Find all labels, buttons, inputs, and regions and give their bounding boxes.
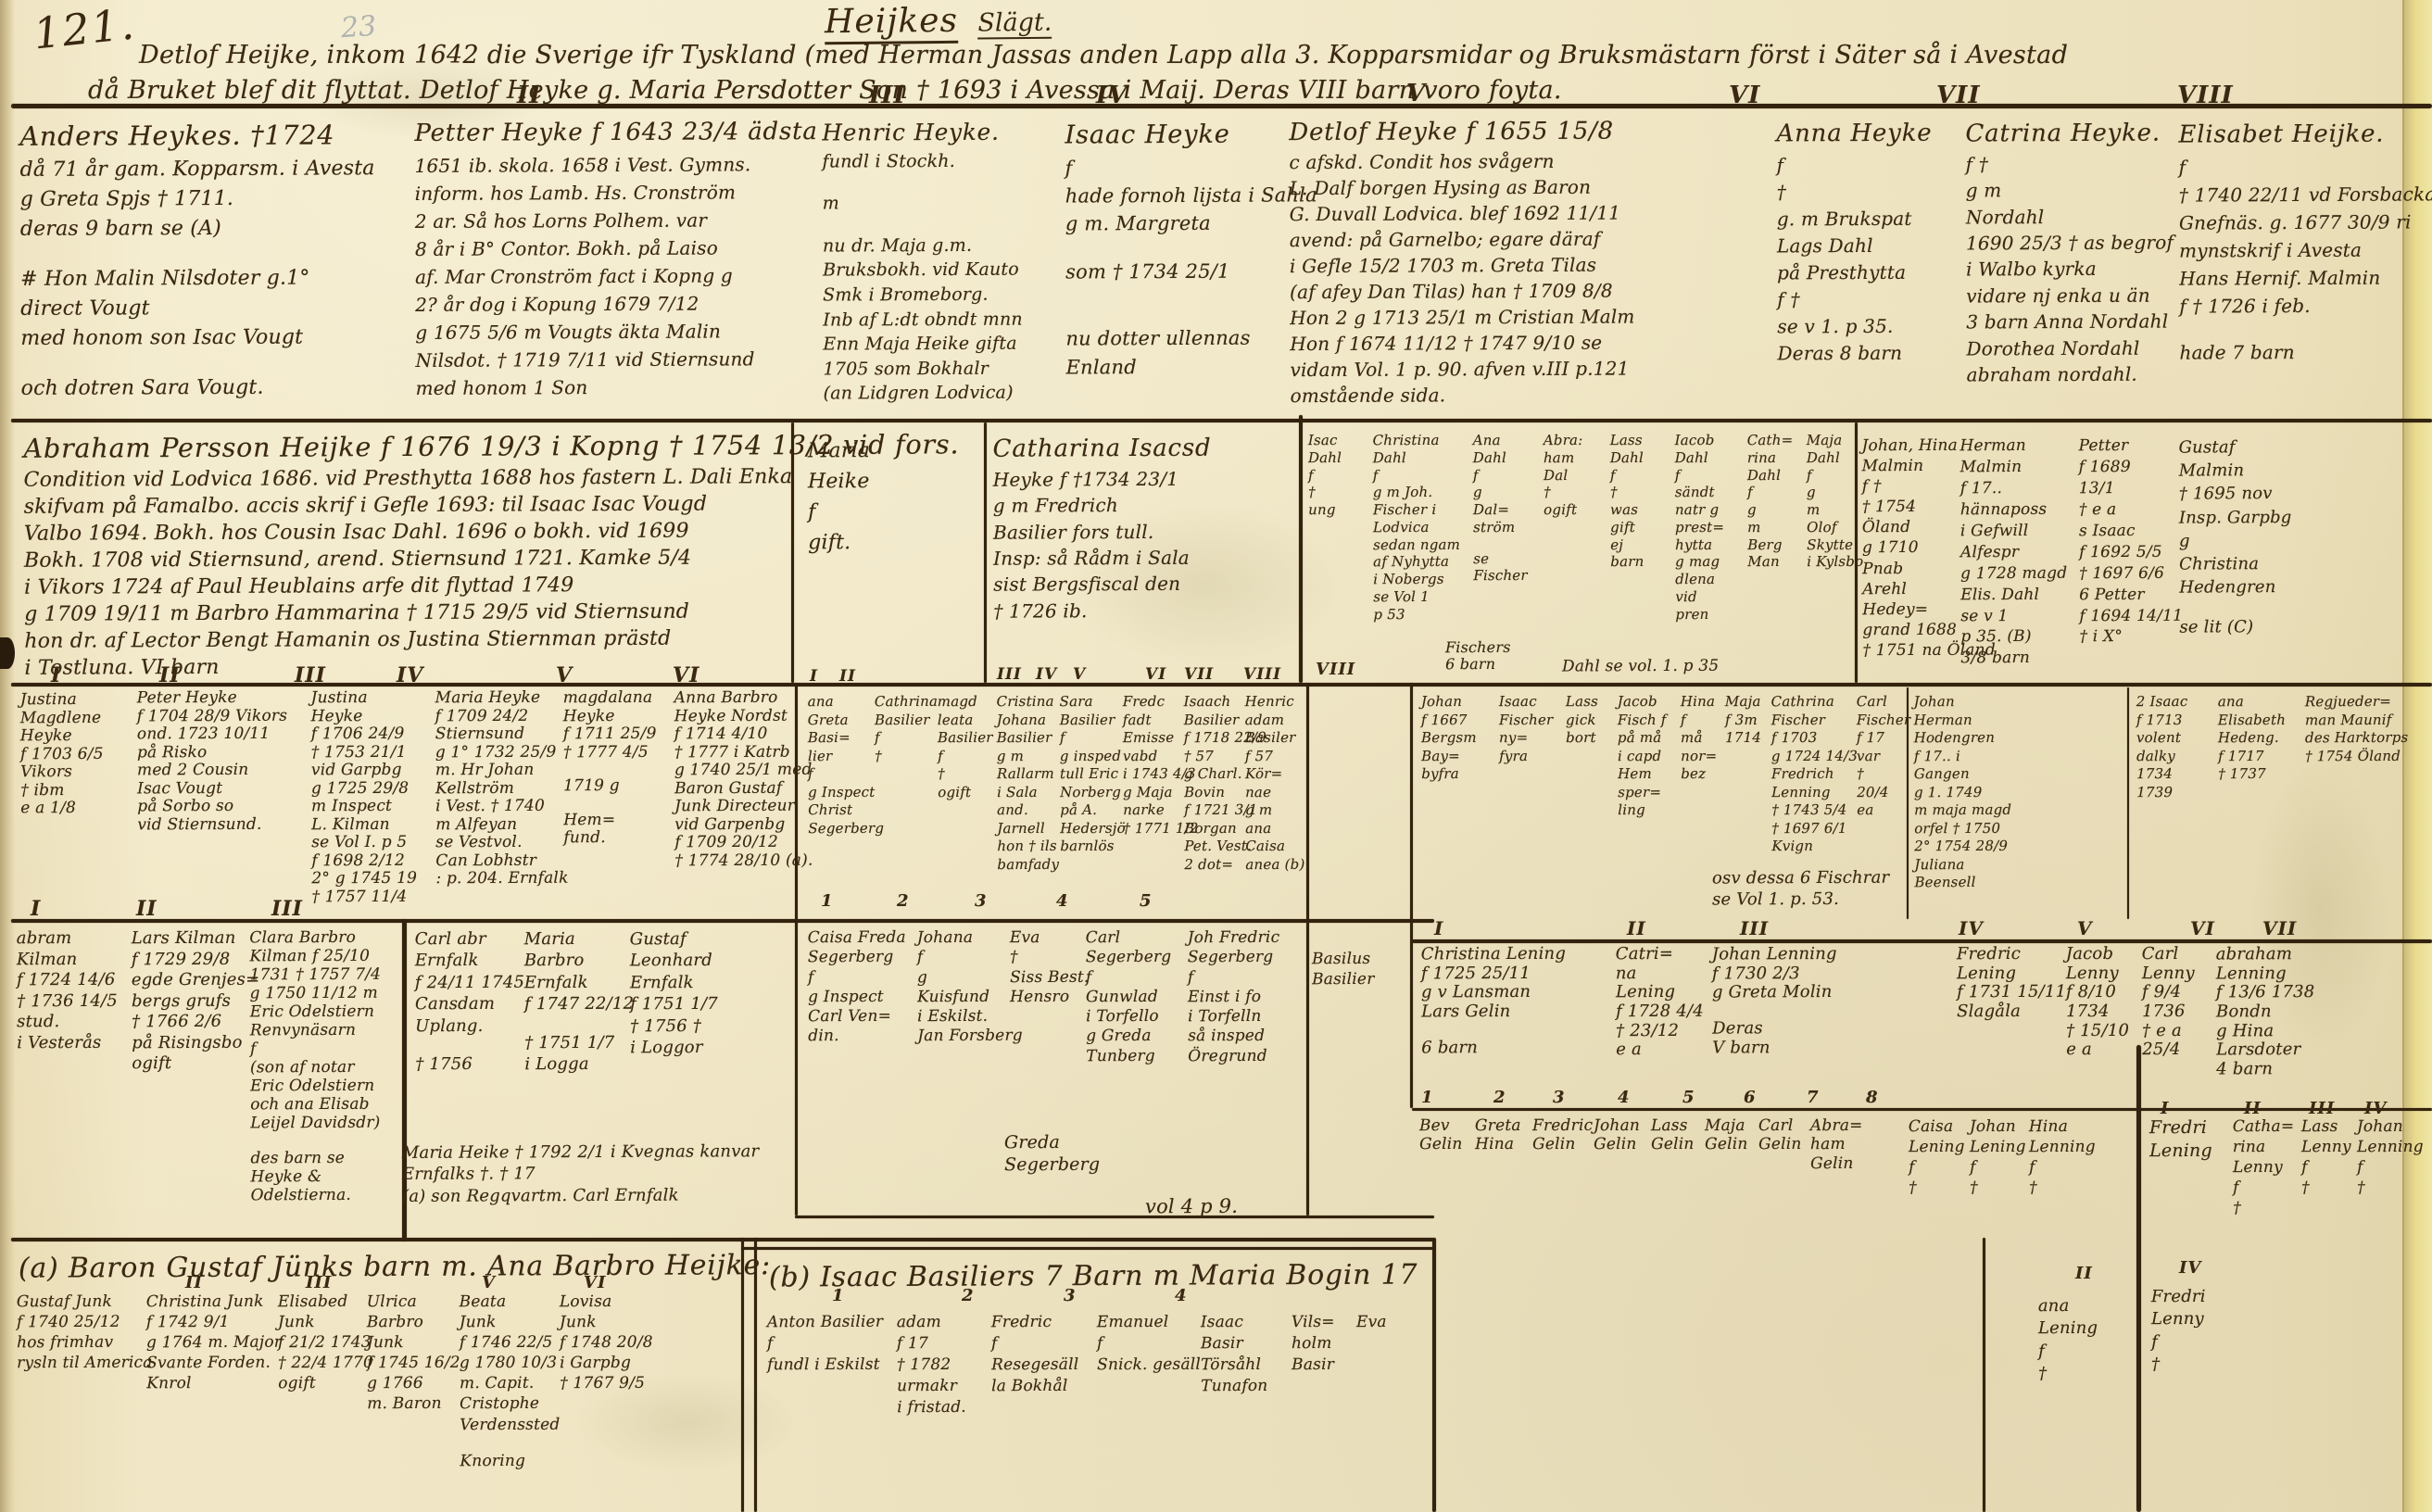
numeral-basilier-v: V (1073, 665, 1086, 684)
note-maria-heike-ernfalk: Maria Heike † 1792 2/1 i Kvegnas kanvarE… (402, 1140, 791, 1207)
cell-anna-barbro-heyke: Anna BarbroHeyke Nordstf 1714 4/10† 1777… (674, 689, 798, 871)
note-fischers-barn: Fischers6 barn (1445, 639, 1529, 673)
header-block-a: (a) Baron Gustaf Jünks barn m. Ana Barbr… (19, 1249, 750, 1285)
numeral-gelin-1: 1 (1421, 1088, 1434, 1107)
numeral-segerberg-5: 5 (1140, 891, 1153, 911)
cell-maja-dahl: MajaDahlfgmOlofSkyttei Kylsbo (1807, 432, 1869, 571)
numeral-lening2-ii: II (2244, 1099, 2262, 1118)
numeral-junk-ii: II (185, 1273, 203, 1292)
cell-isaac-basir: IsaacBasirTörsåhlTunafon (1201, 1312, 1286, 1397)
intro-line-1: Detlof Heijke, inkom 1642 die Sverige if… (139, 41, 2068, 69)
hand-drawn-rule (1432, 1238, 1436, 1512)
cell-elisabet-heyke: Elisabet Heijke.f† 1740 22/11 vd Forsbac… (2178, 116, 2427, 366)
numeral-gelin-2: 2 (1493, 1088, 1506, 1107)
cell-cathrina-fischer: CathrinaFischerf 1703g 1724 14/3Fredrich… (1771, 693, 1852, 856)
cell-ana-dahl: AnaDahlfgDal=strömseFischer (1473, 432, 1541, 585)
cell-greta-hina-gelin: GretaHina (1475, 1116, 1529, 1154)
numeral-gen1-vi: VI (1729, 82, 1760, 109)
cell-fredri-lening: FredriLening (2149, 1116, 2227, 1163)
numeral-gen1-iv: IV (1096, 82, 1128, 109)
family-name-title: Heijkes (825, 2, 958, 45)
numeral-basilier-vi: VI (1145, 665, 1166, 684)
header-block-b: (b) Isaac Basiliers 7 Barn m Maria Bogin… (769, 1258, 1418, 1294)
hand-drawn-rule (2127, 687, 2129, 919)
cell-lass-dahl: LassDahlf†wasgiftejbarn (1610, 432, 1672, 571)
numeral-junk-vi: VI (584, 1273, 606, 1292)
cell-carl-gelin: CarlGelin (1758, 1116, 1807, 1154)
hand-drawn-rule (1306, 683, 1309, 1216)
cell-magd-basilier: magdleataBasilierf†ogift (938, 693, 994, 801)
ink-blot (0, 637, 15, 669)
cell-johana-segerberg: JohanafgKuisfundi Eskilst.Jan Forsberg (917, 928, 1007, 1047)
numeral-lenning-vi: VI (2190, 917, 2215, 939)
hand-drawn-rule (791, 422, 794, 683)
note-greda-segerberg: GredaSegerberg (1004, 1132, 1106, 1177)
cell-iacob-dahl: IacobDahlfsändtnatr gprest=hyttag magdle… (1675, 432, 1745, 624)
numeral-gelin-3: 3 (1553, 1088, 1566, 1107)
numeral-segerberg-1: 1 (821, 891, 834, 911)
page-title: Heijkes Slägt. (825, 1, 1052, 42)
cell-johana-basilier: CristinaJohanaBasilierg mRallarmi Salaan… (997, 693, 1057, 874)
numeral-basilier-ii: II (839, 667, 856, 686)
cell-joh-fredric-segerberg: Joh FredricSegerbergfEinst i foi Torfell… (1188, 928, 1300, 1066)
cell-henric-adam-basilier: HenricadamBasilerf 57Kör=naeg manaCaisaa… (1245, 693, 1302, 874)
cell-catharina-heyke: Catharina IsacsdHeyke f †1734 23/1g m Fr… (993, 431, 1291, 624)
numeral-basilier-iv: IV (1036, 665, 1057, 684)
cell-jacob-lenny: JacobLennyf 8/101734† 15/10e a (2066, 945, 2139, 1060)
note-dahl-vol: Dahl se vol. 1. p 35 (1562, 658, 1766, 676)
numeral-gelin-5: 5 (1682, 1088, 1695, 1107)
cell-lars-kilman: Lars Kilmanf 1729 29/8egde Grenjes=bergs… (132, 928, 246, 1075)
cell-catrina-lening: Catri=naLeningf 1728 4/4† 23/12e a (1616, 945, 1706, 1061)
cell-cathrina-lenny: Catha=rinaLennyf† (2233, 1116, 2298, 1219)
cell-abram-kilman: abramKilmanf 1724 14/6† 1736 14/5stud.i … (17, 928, 127, 1054)
cell-herman-malmin: HermanMalminf 17..hännapossi GefwillAlfe… (1959, 435, 2073, 670)
cell-fredric-basilier-2: FredricfResegesällla Bokhål (991, 1312, 1091, 1397)
numeral-lening2-iii: III (2309, 1099, 2335, 1118)
hand-drawn-rule (1412, 1108, 2432, 1111)
cell-clara-barbro-kilman: Clara BarbroKilman f 25/101731 † 1757 7/… (249, 928, 400, 1204)
cell-peter-heyke-2: Peter Heykef 1704 28/9 Vikorsond. 1723 1… (137, 689, 307, 835)
numeral-lening3-ii: II (2075, 1264, 2093, 1283)
numeral-gelin-4: 4 (1618, 1088, 1631, 1107)
cell-anton-basilier: Anton Basilierffundl i Eskilst (767, 1312, 889, 1376)
cell-caisa-lening: CaisaLeningf† (1909, 1116, 1964, 1199)
numeral-vibarn-iv: IV (397, 663, 423, 687)
cell-eva-basilier: Eva (1356, 1312, 1408, 1333)
hand-drawn-rule (1412, 939, 2432, 943)
cell-isac-dahl: IsacDahlf†ung (1308, 432, 1371, 519)
hand-drawn-rule (741, 1247, 1434, 1250)
cell-christina-lening: Christina Leningf 1725 25/11g v LansmanL… (1421, 945, 1612, 1058)
cell-cathrina-dahl: Cath=rinaDahlfgmBergMan (1747, 432, 1806, 571)
cell-detlof-heyke: Detlof Heyke f 1655 15/8c afskd. Condit … (1289, 114, 1771, 409)
hand-drawn-rule (984, 422, 987, 683)
hand-drawn-rule (2136, 1045, 2141, 1512)
numeral-segerberg-3: 3 (975, 891, 988, 911)
numeral-gelin-6: 6 (1744, 1088, 1757, 1107)
numeral-basb-3: 3 (1064, 1286, 1077, 1305)
cell-isaac-heyke: Isaac Heykefhade fornoh lijsta i Sahlag … (1065, 116, 1283, 381)
cell-christina-dahl: ChristinaDahlfg m Joh.Fischer iLodvicase… (1373, 432, 1470, 624)
hand-drawn-rule (11, 683, 2432, 687)
cell-caisa-freda-segerberg: Caisa FredaSegerbergfg InspectCarl Ven=d… (808, 928, 913, 1047)
numeral-segerberg-2: 2 (897, 891, 910, 911)
cell-lass-fischer: Lassgickbort (1566, 693, 1616, 748)
numeral-kilman-i: I (31, 897, 41, 921)
cell-eva-segerberg: Eva†Siss Best.Hensro (1010, 928, 1082, 1007)
numeral-gen1-vii: VII (1936, 82, 1981, 109)
cell-johan-lening-2: JohanLeningf† (1970, 1116, 2025, 1199)
numeral-lenning-ii: II (1627, 917, 1646, 939)
cell-lass-gelin: LassGelin (1651, 1116, 1701, 1154)
note-fischrar-vol: osv dessa 6 Fischrarse Vol 1. p. 53. (1712, 866, 1934, 911)
cell-petter-malmin: Petterf 168913/1† e as Isaacf 1692 5/5† … (2079, 435, 2174, 649)
cell-johan-hina-malmin: Johan, HinaMalminf †† 1754Ölandg 1710Pna… (1861, 435, 1955, 661)
cell-abraham-gelin: Abra=hamGelin (1810, 1116, 1866, 1173)
cell-bev-gelin: BevGelin (1419, 1116, 1471, 1154)
hand-drawn-rule (11, 919, 1434, 923)
note-vol-4-p-9: vol 4 p 9. (1145, 1195, 1266, 1219)
cell-johan-fischer: Johanf 1667BergsmBay=byfra (1421, 693, 1495, 784)
numeral-basilier-i: I (810, 667, 818, 686)
numeral-vibarn-vi: VI (673, 663, 699, 687)
numeral-basilier-iii: III (997, 665, 1022, 684)
numeral-gen1-viii: VIII (2177, 82, 2234, 109)
numeral-vibarn-v: V (556, 663, 573, 687)
cell-christina-junk: Christina Junkf 1742 9/1g 1764 m. MajorS… (146, 1291, 272, 1394)
cell-justina-heyke-2: JustinaHeykef 1706 24/9† 1753 21/1vid Ga… (310, 689, 430, 907)
hand-drawn-rule (1410, 683, 1413, 1108)
cell-carl-lenny: CarlLennyf 9/41736† e a25/4 (2142, 945, 2213, 1060)
cell-isaac-fischer: IsaacFischerny=fyra (1499, 693, 1564, 765)
numeral-gen1-ii: II (517, 82, 541, 109)
cell-justina-magdalena-heyke: JustinaMagdleneHeykef 1703 6/5Vikors† ib… (20, 691, 134, 818)
cell-johan-herman-hedengren: JohanHermanHodengrenf 17.. iGangeng 1. 1… (1914, 693, 2026, 892)
numeral-basilier-vii: VII (1184, 665, 1214, 684)
cell-fredric-gelin: FredricGelin (1532, 1116, 1590, 1154)
numeral-segerberg-4: 4 (1056, 891, 1069, 911)
numeral-junk-v: V (482, 1273, 496, 1292)
cell-reguederman: Regjueder=man Maunifdes Harktorps† 1754 … (2305, 693, 2426, 766)
cell-gustaf-junk: Gustaf Junkf 1740 25/12hos frimhavrysln … (17, 1291, 139, 1374)
cell-johan-gelin: JohanGelin (1594, 1116, 1647, 1154)
page-number: 121. (31, 0, 137, 59)
cell-isaach-basilier: IsaachBasilierf 1718 22/9† 57g Charl.Bov… (1184, 693, 1242, 874)
numeral-lenning-v: V (2077, 917, 2093, 939)
numeral-kilman-ii: II (136, 897, 158, 921)
numeral-lenning-i: I (1434, 917, 1443, 939)
numeral-junk-iii: III (306, 1273, 332, 1292)
numeral-gelin-8: 8 (1866, 1088, 1879, 1107)
intro-line-2: då Bruket blef dit flyttat. Detlof Heyke… (88, 76, 1562, 105)
cell-catrina-heyke: Catrina Heyke. f †g mNordahl1690 25/3 † … (1965, 117, 2177, 388)
cell-elisabet-junk: ElisabedJunkf 21/2 1743† 22/4 1770ogift (278, 1291, 363, 1394)
cell-gustaf-leonhard-ernfalk: GustafLeonhardErnfalkf 1751 1/7† 1756 †i… (630, 928, 770, 1059)
hand-drawn-rule (11, 1238, 1434, 1241)
manuscript-page: 121. 23 Heijkes Slägt. Detlof Heijke, in… (0, 0, 2432, 1512)
cell-carl-abr-ernfalk: Carl abrErnfalkf 24/11 1745CansdamUplang… (415, 928, 520, 1076)
numeral-gen1-iii: III (869, 82, 906, 109)
cell-johan-lenning-3: JohanLenningf† (2357, 1116, 2427, 1199)
numeral-basb-2: 2 (962, 1286, 975, 1305)
cell-carl-segerberg: CarlSegerbergfGunwladi Torfellog GredaTu… (1086, 928, 1183, 1066)
cell-basilius-basilier: BasilusBasilier (1312, 949, 1406, 990)
hand-drawn-rule (1983, 1238, 1985, 1512)
cell-vilholm-basir: Vils=holmBasir (1292, 1312, 1353, 1376)
cell-cathrina-basilier: CathrinaBasilierf† (875, 693, 932, 765)
cell-maria-heike: MariaHeikefgift. (808, 435, 966, 559)
cell-sara-basilier: SaraBasilierfg inspedtull EricNorbergpå … (1060, 693, 1120, 856)
numeral-lenning-vii: VII (2262, 917, 2297, 939)
pencil-folio-number: 23 (340, 10, 378, 45)
cell-anders-heykes: Anders Heykes. †1724då 71 år gam. Koppar… (19, 116, 410, 404)
numeral-lening2-iv: IV (2364, 1099, 2387, 1118)
cell-anna-heyke: Anna Heyke f †g. m BrukspatLags Dahlpå P… (1776, 117, 1953, 368)
cell-maja-fischer: Majaf 3m1714 (1725, 693, 1770, 748)
numeral-lenning-iii: III (1740, 917, 1769, 939)
cell-carl-fischer: CarlFischerf 17var†20/4ea (1857, 693, 1909, 820)
cell-isaac-hedengren: 2 Isaacf 1713volentdalky17341739 (2136, 693, 2213, 801)
cell-lass-lenny: LassLennyf† (2301, 1116, 2353, 1199)
cell-lovisa-junk: LovisaJunkf 1748 20/8i Garpbg† 1767 9/5 (560, 1291, 652, 1394)
cell-hina-fischer: Hinafmånor=bez (1681, 693, 1723, 784)
cell-fredric-lening: FredricLeningf 1731 15/11Slagåla (1957, 945, 2060, 1022)
cell-ana-elisabeth-hedengren: anaElisabethHedeng.f 1717† 1737 (2218, 693, 2300, 784)
cell-hina-lenning: HinaLenningf† (2029, 1116, 2088, 1199)
numeral-lenning-iv: IV (1959, 917, 1984, 939)
numeral-lening2-i: I (2161, 1099, 2169, 1118)
cell-ulrica-barbro-junk: UlricaBarbroJunkf 1745 16/2g 1766m. Baro… (367, 1291, 457, 1415)
title-slagt-word: Slägt. (977, 8, 1052, 40)
hand-drawn-rule (795, 1216, 1434, 1218)
cell-emanuel-basilier: EmanuelfSnick. gesäll (1097, 1312, 1197, 1376)
cell-abraham-persson-heijke: Abraham Persson Heijke f 1676 19/3 i Kop… (23, 428, 784, 682)
cell-henric-heyke: Henric Heyke.fundl i Stockh. mnu dr. Maj… (822, 116, 1059, 406)
cell-abraham-lenning: abrahamLenningf 13/6 1738Bondng HinaLars… (2216, 945, 2426, 1080)
cell-magdalana-heyke: magdalanaHeykef 1711 25/9† 1777 4/51719 … (563, 689, 672, 848)
cell-maria-barbro-ernfalk: MariaBarbroErnfalkf 1747 22/12† 1751 1/7… (524, 928, 625, 1076)
numeral-kilman-iii: III (271, 897, 303, 921)
cell-beata-junk: BeataJunkf 1746 22/5g 1780 10/3m. Capit.… (460, 1291, 557, 1471)
cell-ana-greta-basilier: anaGretaBasi=lierfg InspectChristSegerbe… (808, 693, 870, 838)
numeral-basb-1: 1 (832, 1286, 845, 1305)
numeral-basilier-viii: VIII (1243, 665, 1281, 684)
page-gutter-edge (0, 0, 15, 1512)
cell-ana-lening: anaLeningf† (2038, 1295, 2103, 1385)
cell-maria-heyke-2: Maria Heykef 1709 24/2Stiernsundg 1° 173… (435, 689, 559, 889)
cell-fredc-basilier: FredcfadtEmissevabdi 1743 4/3g Majanarke… (1123, 693, 1181, 838)
numeral-gelin-7: 7 (1807, 1088, 1820, 1107)
cell-maja-gelin: MajaGelin (1705, 1116, 1755, 1154)
numeral-gen1-v: V (1406, 80, 1426, 107)
cell-abraham-dal: Abra:hamDal†ogift (1544, 432, 1607, 519)
cell-fredri-lenny-2: FredriLennyf† (2151, 1286, 2224, 1377)
numeral-lening3-iv: IV (2179, 1258, 2201, 1278)
numeral-vibarn-ii: II (159, 663, 181, 687)
cell-jacob-fischer: JacobFisch fpå måi capdHemsper=ling (1618, 693, 1680, 820)
numeral-dahl-viii: VIII (1316, 660, 1355, 679)
cell-adam-basilier: adamf 17† 1782urmakri fristad. (897, 1312, 986, 1418)
hand-drawn-rule (11, 104, 2432, 108)
cell-petter-heyke: Petter Heyke f 1643 23/4 ädsta1651 ib. s… (414, 114, 815, 402)
numeral-basb-4: 4 (1175, 1286, 1188, 1305)
cell-johan-lenning: Johan Lenningf 1730 2/3g Greta Molin Der… (1712, 944, 1952, 1058)
numeral-vibarn-iii: III (295, 663, 326, 687)
hand-drawn-rule (1299, 415, 1303, 683)
hand-drawn-rule (11, 419, 2432, 422)
cell-gustaf-malmin: GustafMalmin† 1695 novInsp. GarpbggChris… (2179, 435, 2426, 639)
numeral-vibarn-i: I (51, 663, 61, 687)
